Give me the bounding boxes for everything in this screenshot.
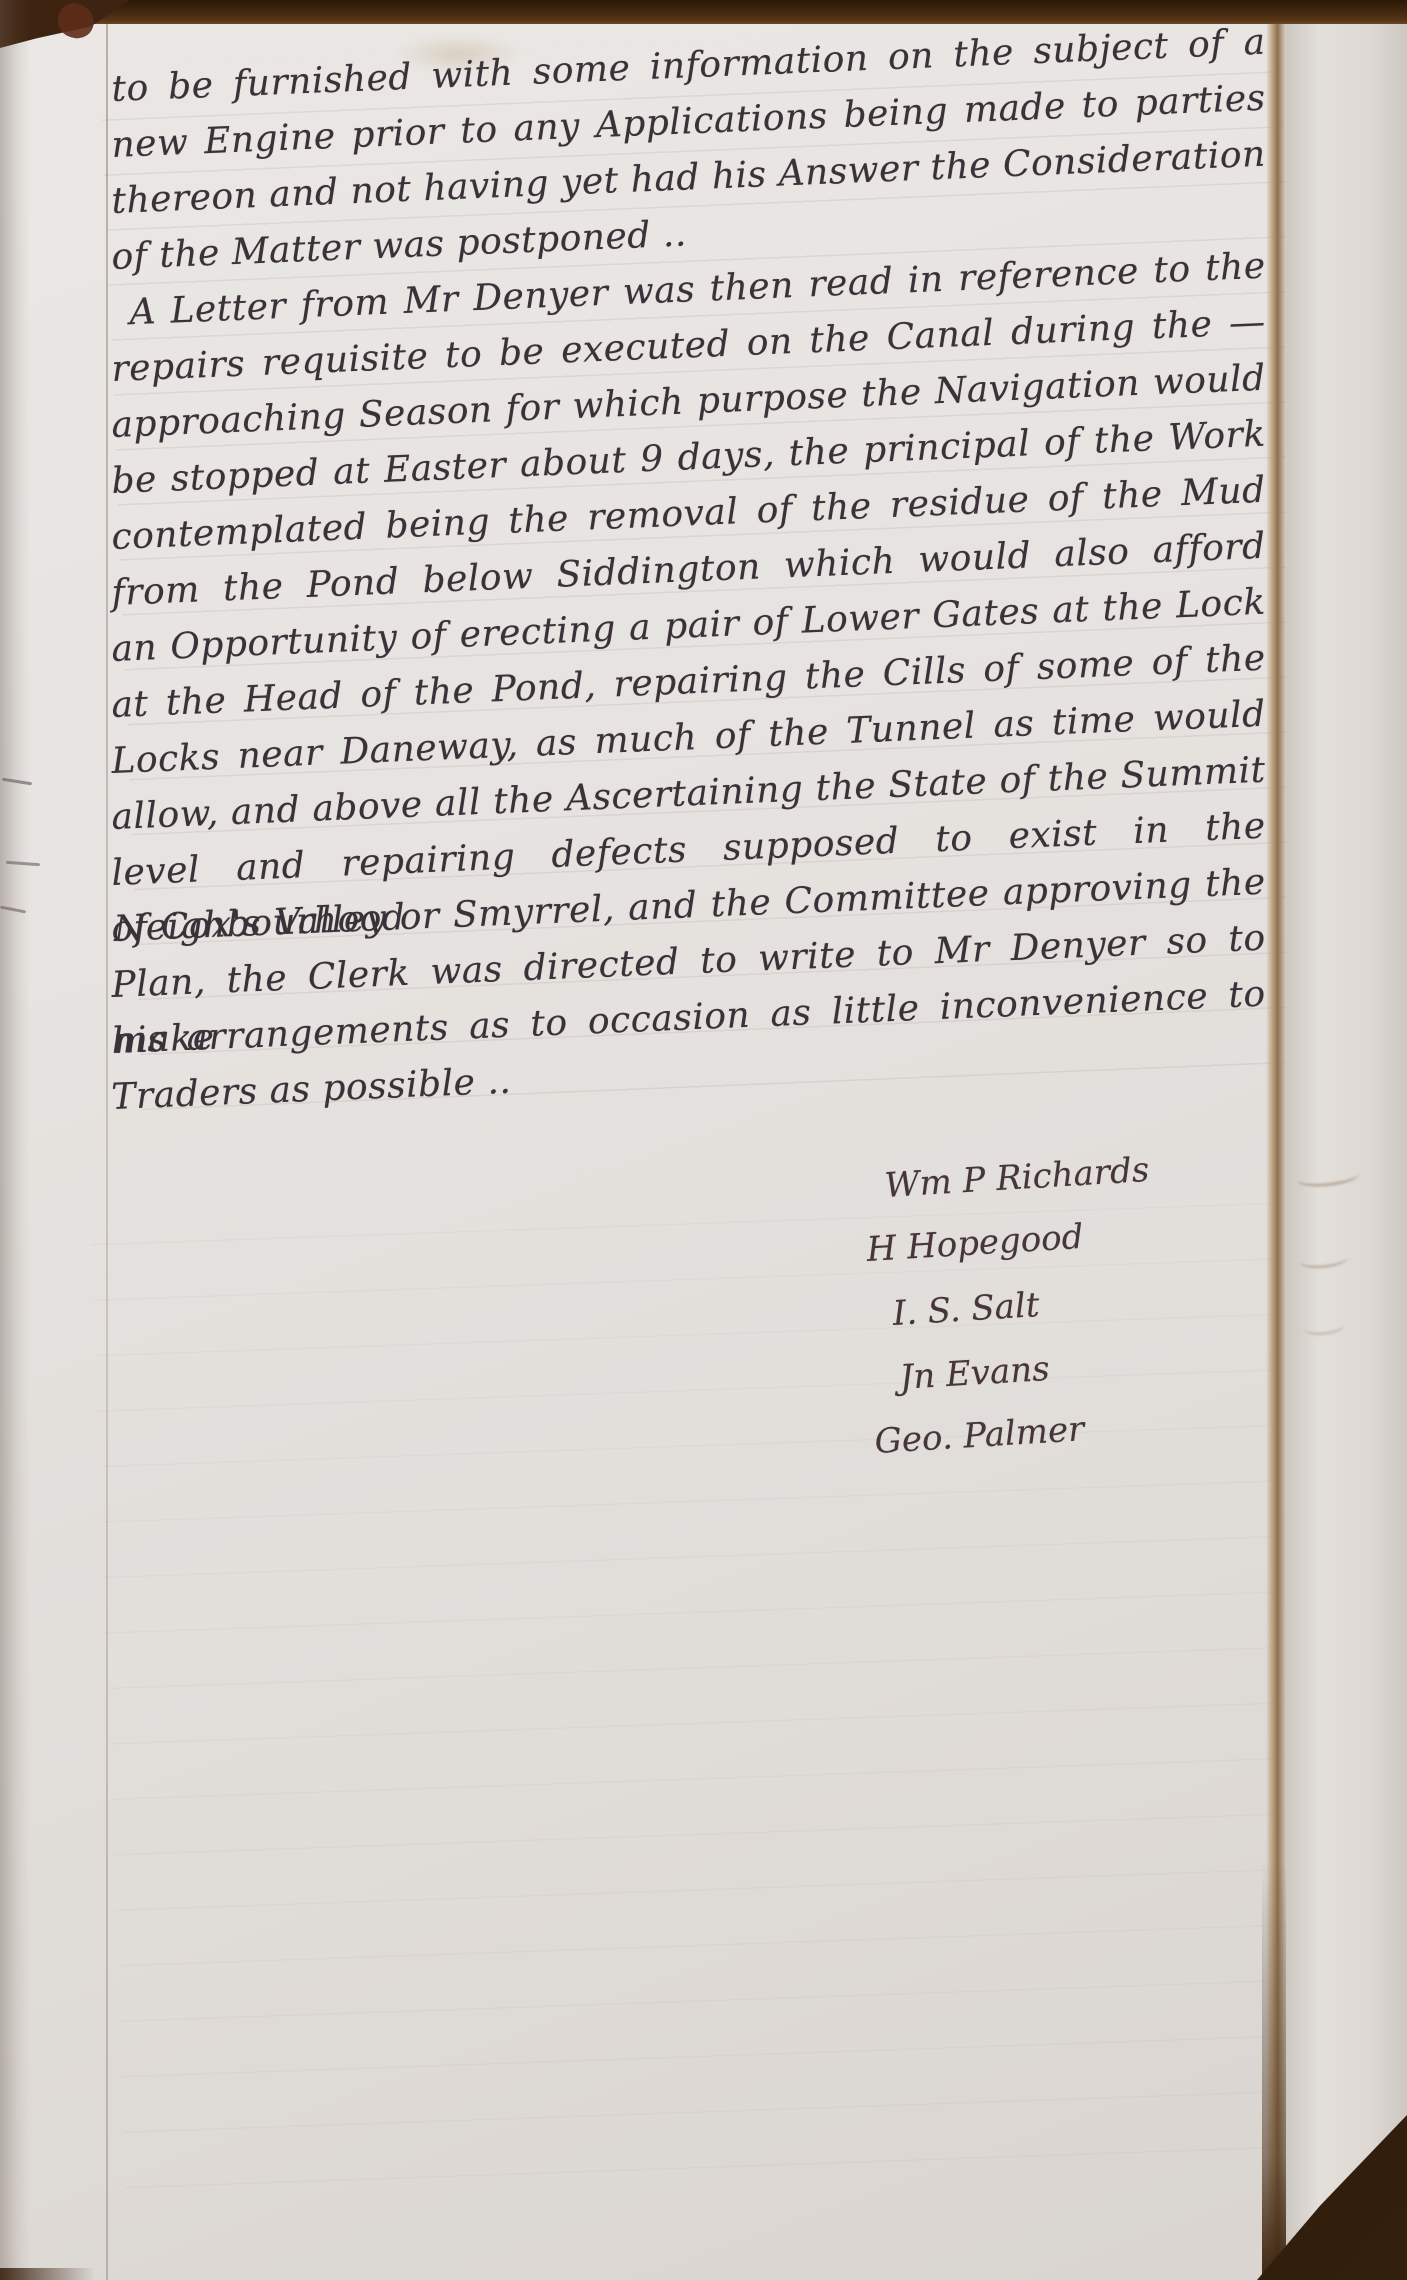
signature-block: Wm P Richards H Hopegood I. S. Salt Jn E… — [845, 1168, 1205, 1488]
signature: Geo. Palmer — [874, 1404, 1206, 1461]
signature: I. S. Salt — [892, 1277, 1206, 1333]
page-left-edge-shadow — [0, 0, 30, 2280]
adjacent-page-edge — [1286, 0, 1407, 2280]
margin-rule-line — [106, 24, 108, 2280]
manuscript-photo: to be furnished with some information on… — [0, 0, 1407, 2280]
binding-edge-bottom-left — [0, 2268, 95, 2280]
signature: H Hopegood — [866, 1211, 1206, 1269]
manuscript-text-block: to be furnished with some information on… — [112, 62, 1267, 1126]
signature: Wm P Richards — [884, 1149, 1206, 1205]
signature: Jn Evans — [899, 1341, 1206, 1397]
binding-edge-top — [0, 0, 1407, 24]
